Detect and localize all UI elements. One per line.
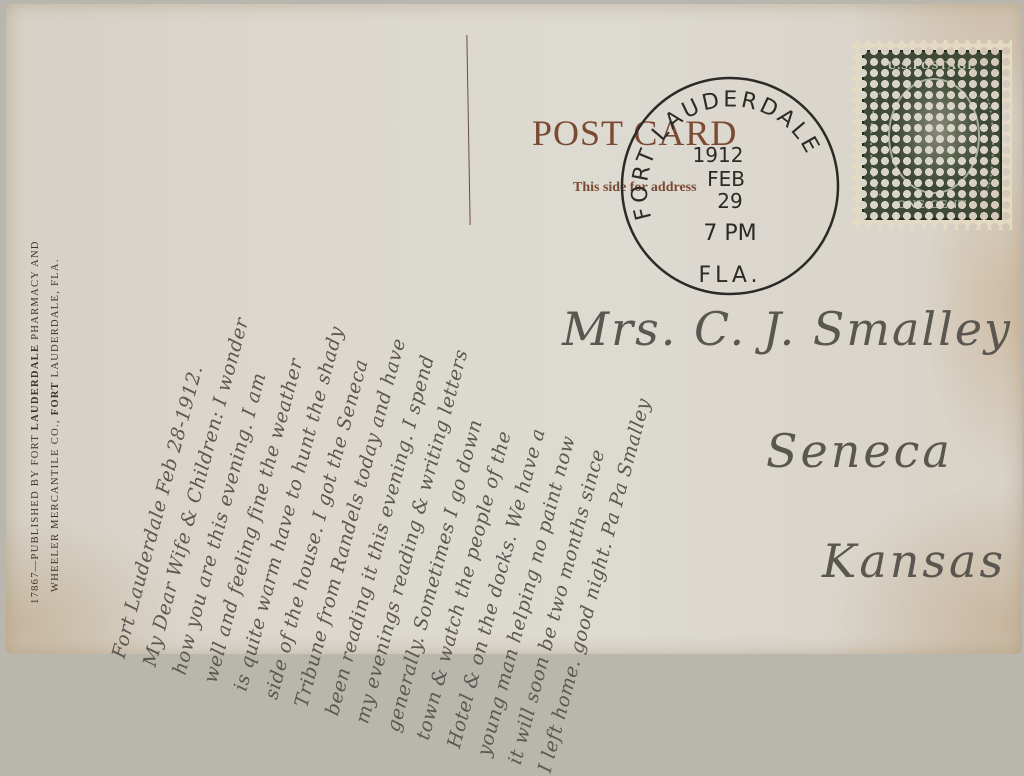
publisher-credit: 17867—PUBLISHED BY FORT LAUDERDALE PHARM… — [26, 34, 66, 604]
postmark-year: 1912 — [693, 143, 744, 167]
recipient-state: Kansas — [822, 534, 1006, 588]
stamp-top-text: U.S.POSTAGE — [864, 58, 1000, 73]
postmark-state: FLA. — [698, 263, 761, 288]
postmark-day: 29 — [717, 189, 742, 213]
postage-stamp: U.S.POSTAGE ONE CENT — [852, 40, 1012, 230]
postmark-time: 7 PM — [703, 221, 756, 246]
publisher-line-2: WHEELER MERCANTILE CO., FORT LAUDERDALE,… — [46, 34, 66, 604]
postmark-icon: FORT LAUDERDALE FLA. 1912 FEB 29 7 PM — [618, 74, 842, 298]
publisher-line-1: 17867—PUBLISHED BY FORT LAUDERDALE PHARM… — [26, 34, 46, 604]
stamp-bottom-text: ONE CENT — [864, 197, 1000, 212]
postmark-month: FEB — [707, 167, 745, 191]
postcard: 17867—PUBLISHED BY FORT LAUDERDALE PHARM… — [6, 4, 1022, 654]
portrait-icon — [888, 78, 980, 194]
stamp-face: U.S.POSTAGE ONE CENT — [862, 50, 1002, 220]
recipient-city: Seneca — [766, 424, 953, 478]
recipient-name: Mrs. C. J. Smalley — [562, 302, 1012, 356]
